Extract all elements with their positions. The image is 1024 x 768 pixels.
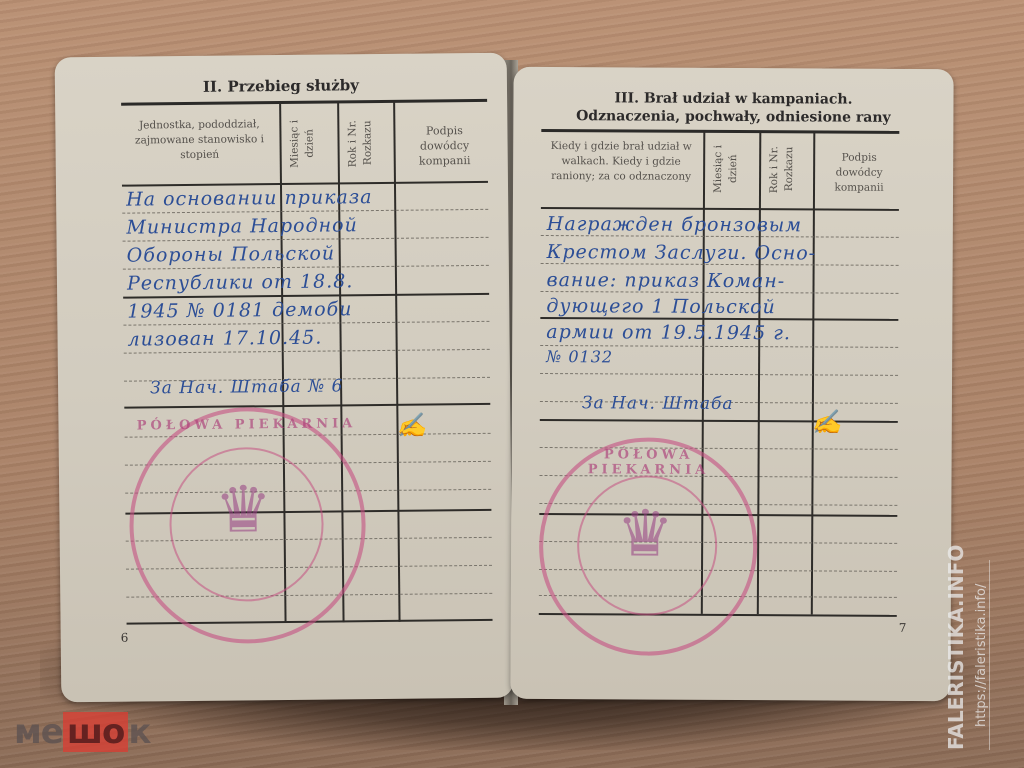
commander-signature: ✍ [812, 408, 842, 436]
header-unit: Jednostka, pododdział, zajmowane stanowi… [121, 117, 277, 164]
handwritten-line: дующего 1 Польской [546, 295, 775, 318]
handwritten-line: Крестом Заслуги. Осно- [547, 241, 817, 264]
header-rule [121, 99, 487, 106]
eagle-emblem-icon: ♛ [193, 473, 294, 548]
handwritten-line: Обороны Польской [127, 242, 336, 266]
handwritten-line: армии от 19.5.1945 г. [546, 321, 791, 344]
handwritten-line: Награжден бронзовым [547, 213, 802, 236]
handwritten-line: Министра Народной [126, 214, 358, 238]
round-stamp: PÓŁOWA PIEKARNIA ♛ [539, 437, 758, 656]
handwritten-line: 1945 № 0181 демоби [127, 298, 352, 322]
handwritten-line: № 0132 [546, 347, 613, 366]
handwritten-line: лизован 17.10.45. [127, 327, 322, 351]
row-divider [540, 419, 898, 423]
handwritten-line: вание: приказ Коман- [546, 269, 785, 292]
header-rule [541, 129, 899, 134]
meshok-watermark: мешок [14, 712, 150, 752]
right-page: III. Brał udział w kampaniach. Odznaczen… [510, 67, 953, 701]
handwritten-line: На основании приказа [126, 186, 373, 211]
column-divider [393, 102, 400, 622]
handwritten-line: Республики от 18.8. [127, 270, 354, 294]
page-number: 6 [121, 631, 129, 645]
left-page: II. Przebieg służby Jednostka, pododdzia… [55, 53, 514, 703]
page-number: 7 [899, 621, 907, 635]
header-month-day: Miesiąc i dzień [287, 111, 312, 177]
header-month-day: Miesiąc i dzień [711, 136, 733, 202]
header-commander-signature: Podpis dowódcy kompanii [401, 123, 487, 169]
faleristika-watermark: FALERISTIKA.INFO https://faleristika.inf… [944, 560, 1004, 750]
commander-signature: ✍ [396, 412, 426, 440]
header-order-number: Rok i Nr. Rozkazu [345, 110, 374, 176]
handwritten-footer-note: За Нач. Штаба [582, 393, 734, 414]
left-page-title: II. Przebieg służby [55, 75, 507, 98]
logo-prefix: ме [14, 712, 63, 752]
watermark-url: https://faleristika.info/ [974, 560, 990, 750]
watermark-brand: FALERISTIKA.INFO [944, 560, 968, 750]
dotted-line [540, 373, 898, 376]
row-divider [541, 207, 899, 211]
right-title-line2: Odznaczenia, pochwały, odniesione rany [533, 107, 933, 127]
eagle-emblem-icon: ♛ [597, 497, 693, 572]
round-stamp: PÓŁOWA PIEKARNIA ♛ [128, 406, 366, 644]
header-commander-signature: Podpis dowódcy kompanii [819, 150, 899, 195]
row-divider [124, 403, 490, 409]
handwritten-footer-note: За Нач. Штаба № 6 [150, 376, 344, 398]
logo-suffix: к [128, 712, 150, 752]
header-order-number: Rok i Nr. Rozkazu [767, 136, 795, 202]
header-campaigns: Kiedy i gdzie brał udział w walkach. Kie… [541, 139, 701, 185]
stamp-text: PÓŁOWA PIEKARNIA [132, 416, 360, 433]
right-title-line1: III. Brał udział w kampaniach. [533, 89, 933, 109]
right-page-title: III. Brał udział w kampaniach. Odznaczen… [533, 89, 933, 127]
stamp-text: PÓŁOWA PIEKARNIA [544, 447, 754, 478]
logo-box: шо [63, 712, 128, 752]
